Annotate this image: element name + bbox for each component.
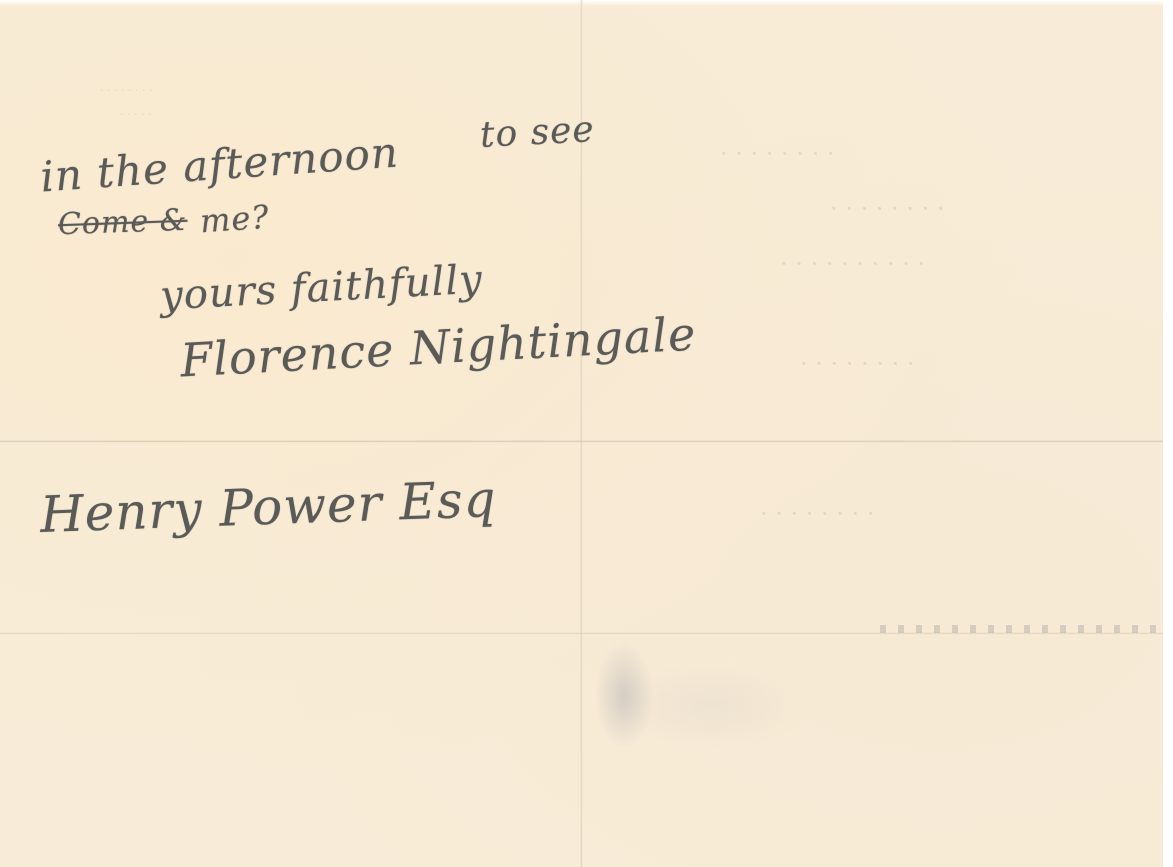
reverse-text-bleed-1: · · · · · · · · [720, 140, 834, 168]
closing-yours-faithfully: yours faithfully [159, 257, 484, 320]
reverse-text-bleed-5: · · · · · · · · [760, 500, 874, 528]
edge-tear-marks [880, 625, 1163, 633]
reverse-text-bleed-3: · · · · · · · · · · [780, 250, 925, 278]
handwriting-me: me? [199, 198, 271, 241]
letterhead-bleed-through-1: · · · · · · · · [100, 84, 152, 97]
signature-florence-nightingale: Florence Nightingale [179, 307, 698, 388]
paper-top-edge [0, 0, 1173, 6]
struck-through-text: Come & [57, 203, 188, 242]
graphite-smudge [594, 640, 654, 750]
reverse-text-bleed-4: · · · · · · · · [800, 350, 914, 378]
letterhead-bleed-through-2: · · · · · [120, 108, 151, 121]
handwriting-to-see: to see [479, 109, 596, 156]
addressee-henry-power: Henry Power Esq [39, 470, 497, 544]
reverse-text-bleed-2: · · · · · · · · [830, 195, 944, 223]
letter-page: · · · · · · · · · · · · · · · · · · · · … [0, 0, 1173, 867]
handwriting-line-afternoon: in the afternoon [39, 128, 401, 202]
paper-right-edge [1163, 0, 1173, 867]
